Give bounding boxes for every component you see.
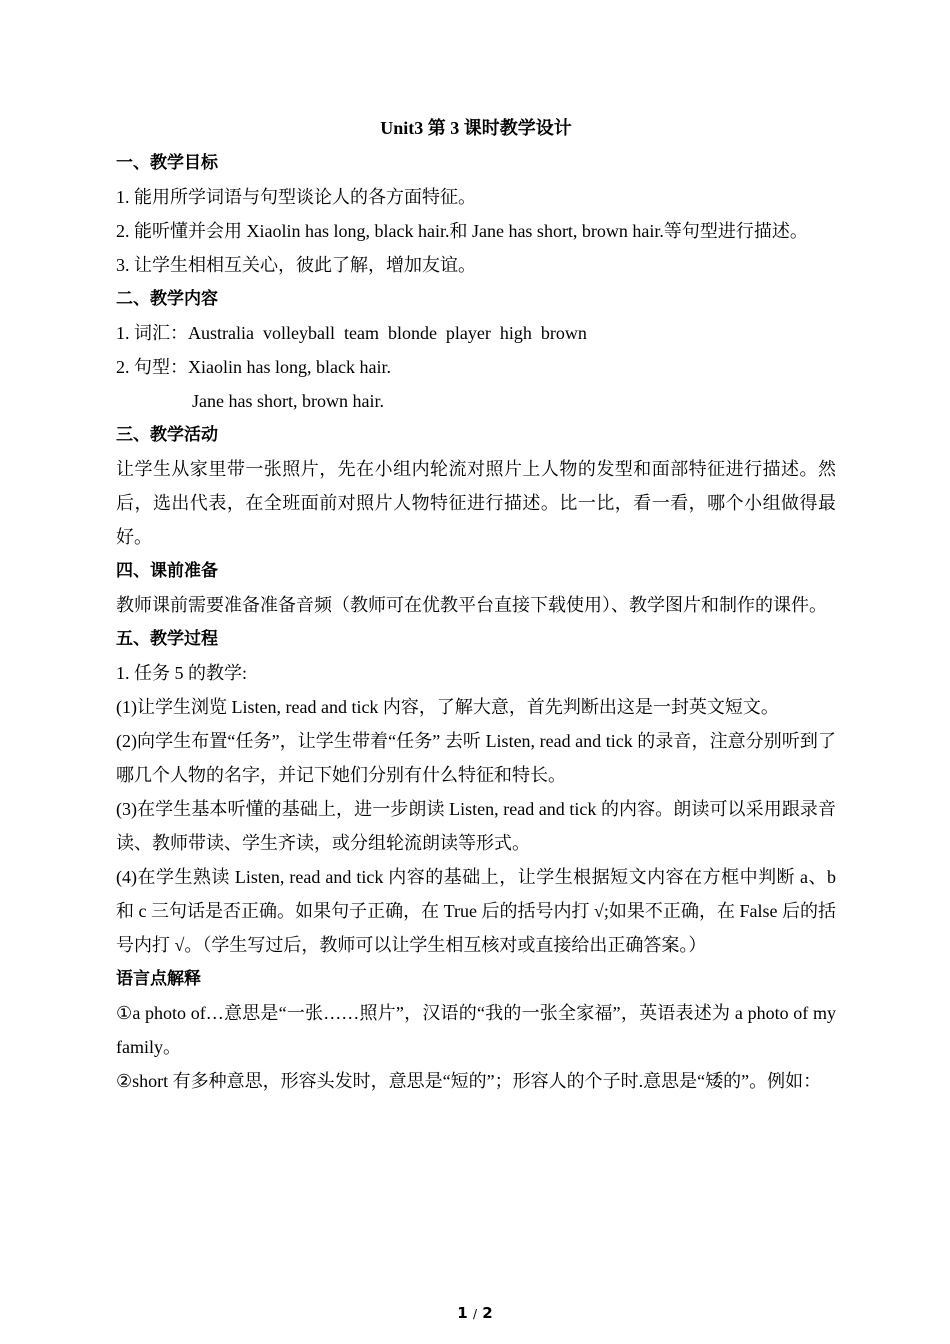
vocab-line: 1. 词汇：Australia volleyball team blonde p… [116, 316, 836, 350]
language-point: ①a photo of…意思是“一张……照片”，汉语的“我的一张全家福”，英语表… [116, 996, 836, 1064]
preparation-paragraph: 教师课前需要准备准备音频（教师可在优教平台直接下载使用）、教学图片和制作的课件。 [116, 588, 836, 622]
section-heading-preparation: 四、课前准备 [116, 554, 836, 588]
document-title: Unit3 第 3 课时教学设计 [116, 114, 836, 144]
page-separator: / [473, 1307, 477, 1321]
section-heading-language-points: 语言点解释 [116, 962, 836, 996]
pattern-line: 2. 句型：Xiaolin has long, black hair. [116, 350, 836, 384]
goal-item: 1. 能用所学词语与句型谈论人的各方面特征。 [116, 180, 836, 214]
process-step: (4)在学生熟读 Listen, read and tick 内容的基础上，让学… [116, 860, 836, 962]
activity-paragraph: 让学生从家里带一张照片，先在小组内轮流对照片上人物的发型和面部特征进行描述。然后… [116, 452, 836, 554]
section-heading-content: 二、教学内容 [116, 282, 836, 316]
language-point: ②short 有多种意思，形容头发时，意思是“短的”；形容人的个子时.意思是“矮… [116, 1064, 836, 1098]
section-heading-process: 五、教学过程 [116, 622, 836, 656]
vocab-label: 1. 词汇： [116, 323, 188, 343]
goal-item: 3. 让学生相相互关心，彼此了解，增加友谊。 [116, 248, 836, 282]
vocab-words: Australia volleyball team blonde player … [188, 323, 587, 343]
page-indicator: 1 / 2 [0, 1304, 950, 1322]
process-step: (2)向学生布置“任务”，让学生带着“任务” 去听 Listen, read a… [116, 724, 836, 792]
goal-item: 2. 能听懂并会用 Xiaolin has long, black hair.和… [116, 214, 836, 248]
pattern-sentence: Jane has short, brown hair. [116, 384, 836, 418]
process-step: (3)在学生基本听懂的基础上，进一步朗读 Listen, read and ti… [116, 792, 836, 860]
total-pages: 2 [482, 1304, 492, 1322]
process-step: (1)让学生浏览 Listen, read and tick 内容，了解大意，首… [116, 690, 836, 724]
pattern-sentence: Xiaolin has long, black hair. [188, 357, 391, 377]
pattern-label: 2. 句型： [116, 357, 188, 377]
section-heading-goals: 一、教学目标 [116, 146, 836, 180]
task-title: 1. 任务 5 的教学: [116, 656, 836, 690]
section-heading-activity: 三、教学活动 [116, 418, 836, 452]
current-page: 1 [457, 1304, 467, 1322]
document-page: Unit3 第 3 课时教学设计 一、教学目标 1. 能用所学词语与句型谈论人的… [116, 114, 836, 1098]
